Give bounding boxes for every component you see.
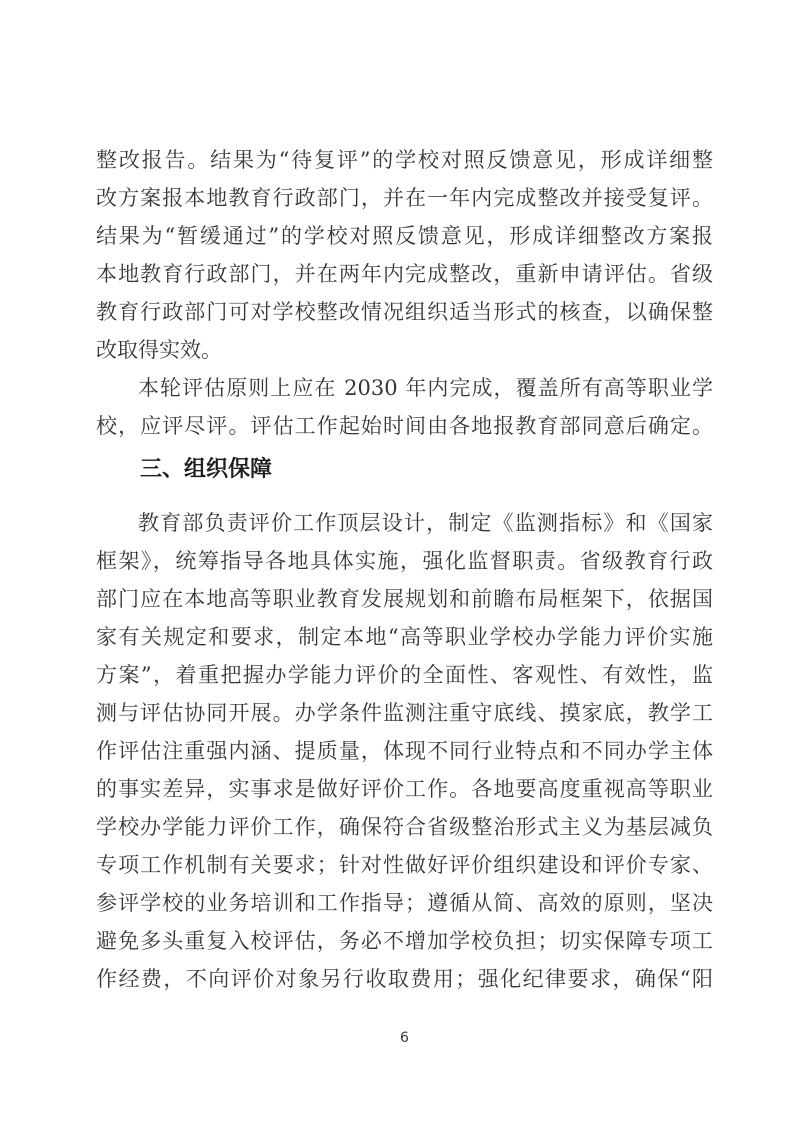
text-line: 方案”，着重把握办学能力评价的全面性、客观性、有效性，监 bbox=[96, 656, 713, 694]
text-line: 教育行政部门可对学校整改情况组织适当形式的核查，以确保整 bbox=[96, 293, 713, 331]
text-line: 本轮评估原则上应在 2030 年内完成，覆盖所有高等职业学 bbox=[96, 369, 713, 407]
document-page: 整改报告。结果为“待复评”的学校对照反馈意见，形成详细整 改方案报本地教育行政部… bbox=[0, 0, 794, 1123]
text-line: 学校办学能力评价工作，确保符合省级整治形式主义为基层减负 bbox=[96, 808, 713, 846]
text-line: 家有关规定和要求，制定本地“高等职业学校办学能力评价实施 bbox=[96, 618, 713, 656]
text-line: 部门应在本地高等职业教育发展规划和前瞻布局框架下，依据国 bbox=[96, 580, 713, 618]
text-line: 本地教育行政部门，并在两年内完成整改，重新申请评估。省级 bbox=[96, 255, 713, 293]
text-line: 框架》，统筹指导各地具体实施，强化监督职责。省级教育行政 bbox=[96, 542, 713, 580]
text-line: 作评估注重强内涵、提质量，体现不同行业特点和不同办学主体 bbox=[96, 732, 713, 770]
text-line: 的事实差异，实事求是做好评价工作。各地要高度重视高等职业 bbox=[96, 770, 713, 808]
text-line: 改取得实效。 bbox=[96, 331, 713, 369]
text-line: 作经费，不向评价对象另行收取费用；强化纪律要求，确保“阳 bbox=[96, 960, 713, 998]
text-line: 校，应评尽评。评估工作起始时间由各地报教育部同意后确定。 bbox=[96, 407, 713, 445]
text-line: 避免多头重复入校评估，务必不增加学校负担；切实保障专项工 bbox=[96, 922, 713, 960]
page-number: 6 bbox=[96, 1030, 713, 1046]
text-line: 整改报告。结果为“待复评”的学校对照反馈意见，形成详细整 bbox=[96, 141, 713, 179]
text-line: 结果为“暂缓通过”的学校对照反馈意见，形成详细整改方案报 bbox=[96, 217, 713, 255]
text-line: 测与评估协同开展。办学条件监测注重守底线、摸家底，教学工 bbox=[96, 694, 713, 732]
text-line: 改方案报本地教育行政部门，并在一年内完成整改并接受复评。 bbox=[96, 179, 713, 217]
text-line: 参评学校的业务培训和工作指导；遵循从简、高效的原则，坚决 bbox=[96, 884, 713, 922]
section-heading: 三、组织保障 bbox=[96, 451, 713, 489]
text-line: 专项工作机制有关要求；针对性做好评价组织建设和评价专家、 bbox=[96, 846, 713, 884]
document-body: 整改报告。结果为“待复评”的学校对照反馈意见，形成详细整 改方案报本地教育行政部… bbox=[96, 141, 713, 998]
text-line: 教育部负责评价工作顶层设计，制定《监测指标》和《国家 bbox=[96, 504, 713, 542]
